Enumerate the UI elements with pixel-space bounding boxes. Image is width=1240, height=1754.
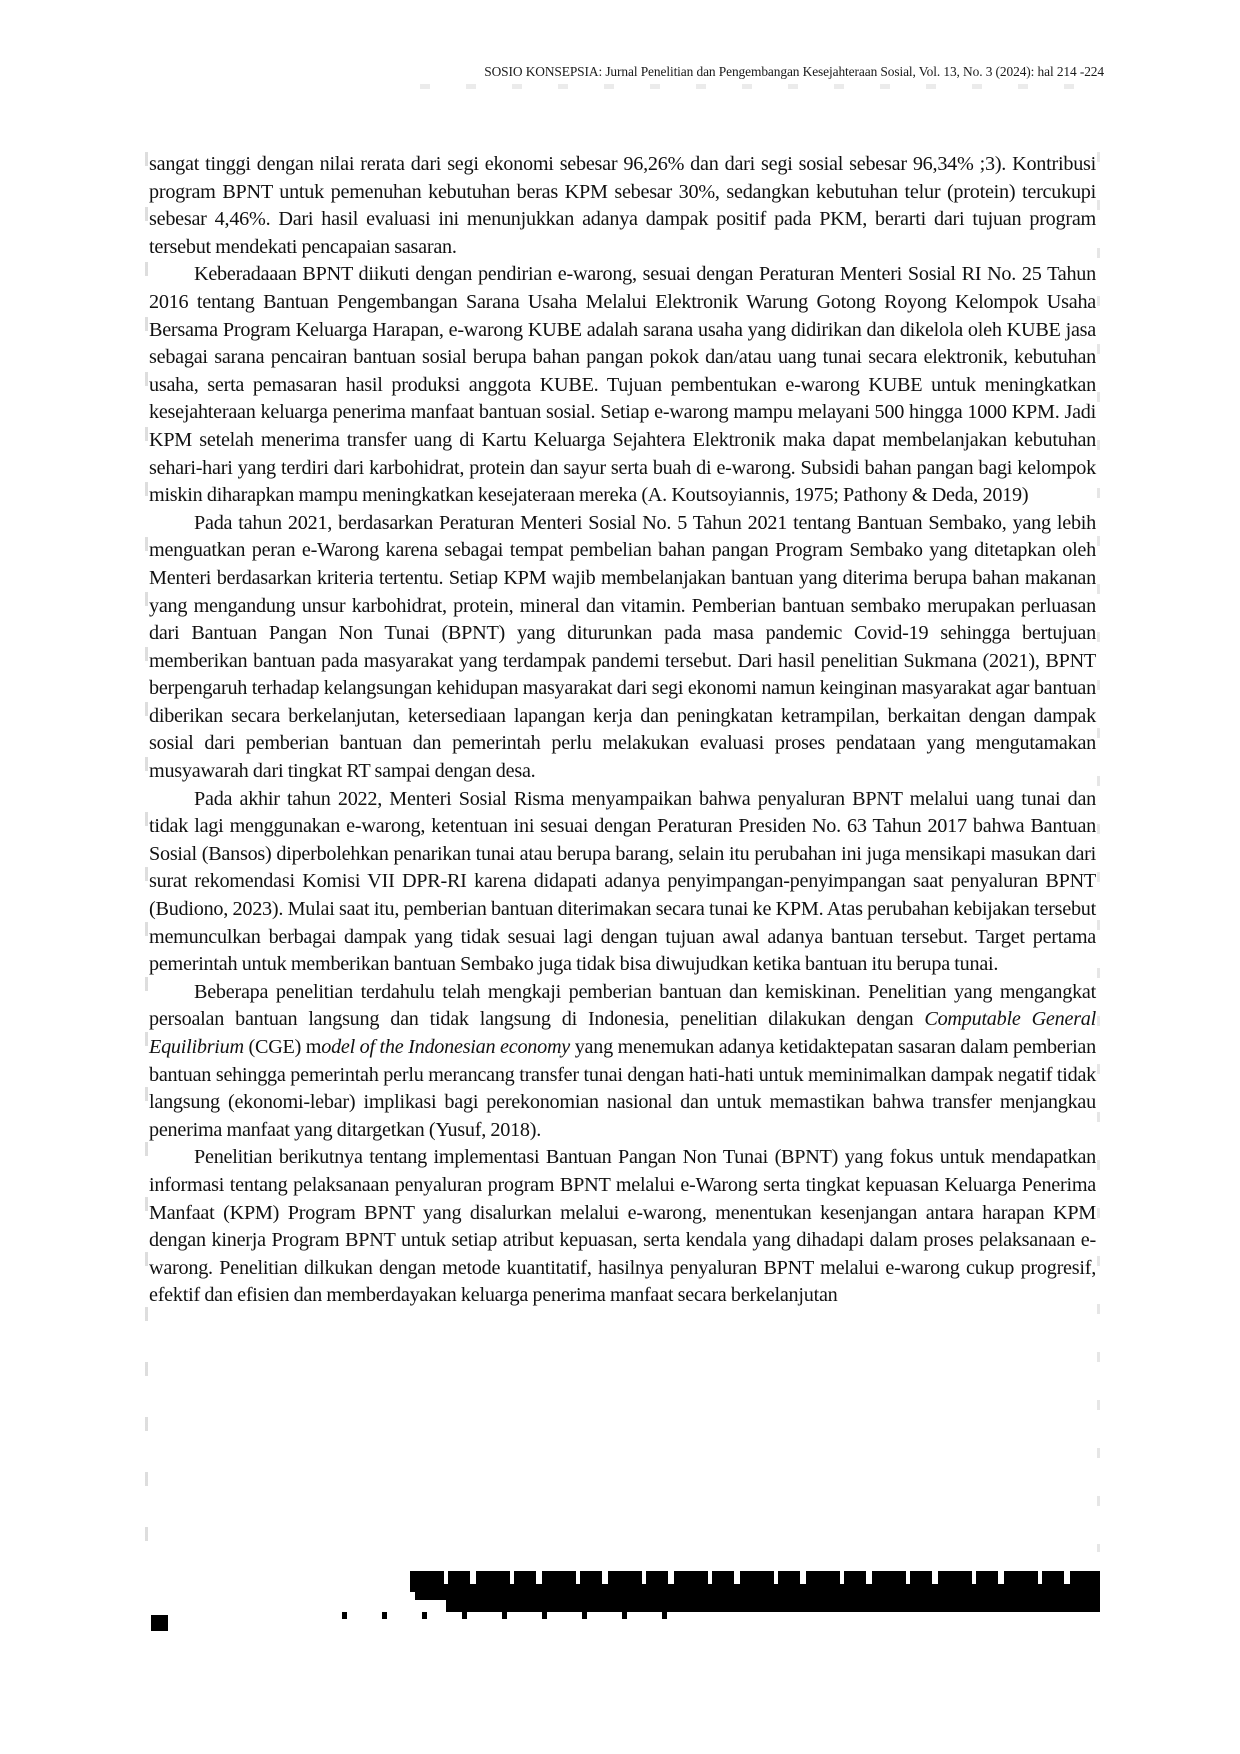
paragraph-bpnt-implementation: Penelitian berikutnya tentang implementa… <box>149 1144 1096 1310</box>
right-margin-scan-artifact <box>1097 152 1100 1552</box>
paragraph-2022-tunai: Pada akhir tahun 2022, Menteri Sosial Ri… <box>149 786 1096 979</box>
italic-term: odel of the Indonesian economy <box>321 1036 570 1058</box>
paragraph-previous-research: Beberapa penelitian terdahulu telah meng… <box>149 979 1096 1145</box>
page-number-redacted <box>151 1615 168 1631</box>
paragraph-2021-sembako: Pada tahun 2021, berdasarkan Peraturan M… <box>149 510 1096 786</box>
header-scan-artifact <box>420 84 1100 89</box>
paragraph-ewarong: Keberadaaan BPNT diikuti dengan pendiria… <box>149 261 1096 509</box>
paragraph-continuation: sangat tinggi dengan nilai rerata dari s… <box>149 151 1096 261</box>
text-segment: (CGE) m <box>244 1036 321 1058</box>
redaction-fragments <box>342 1612 682 1619</box>
running-header: SOSIO KONSEPSIA: Jurnal Penelitian dan P… <box>484 64 1104 80</box>
left-margin-scan-artifact <box>145 152 148 1552</box>
redaction-bar <box>410 1571 1100 1585</box>
body-text: sangat tinggi dengan nilai rerata dari s… <box>149 151 1096 1310</box>
redaction-bar <box>446 1598 1100 1612</box>
